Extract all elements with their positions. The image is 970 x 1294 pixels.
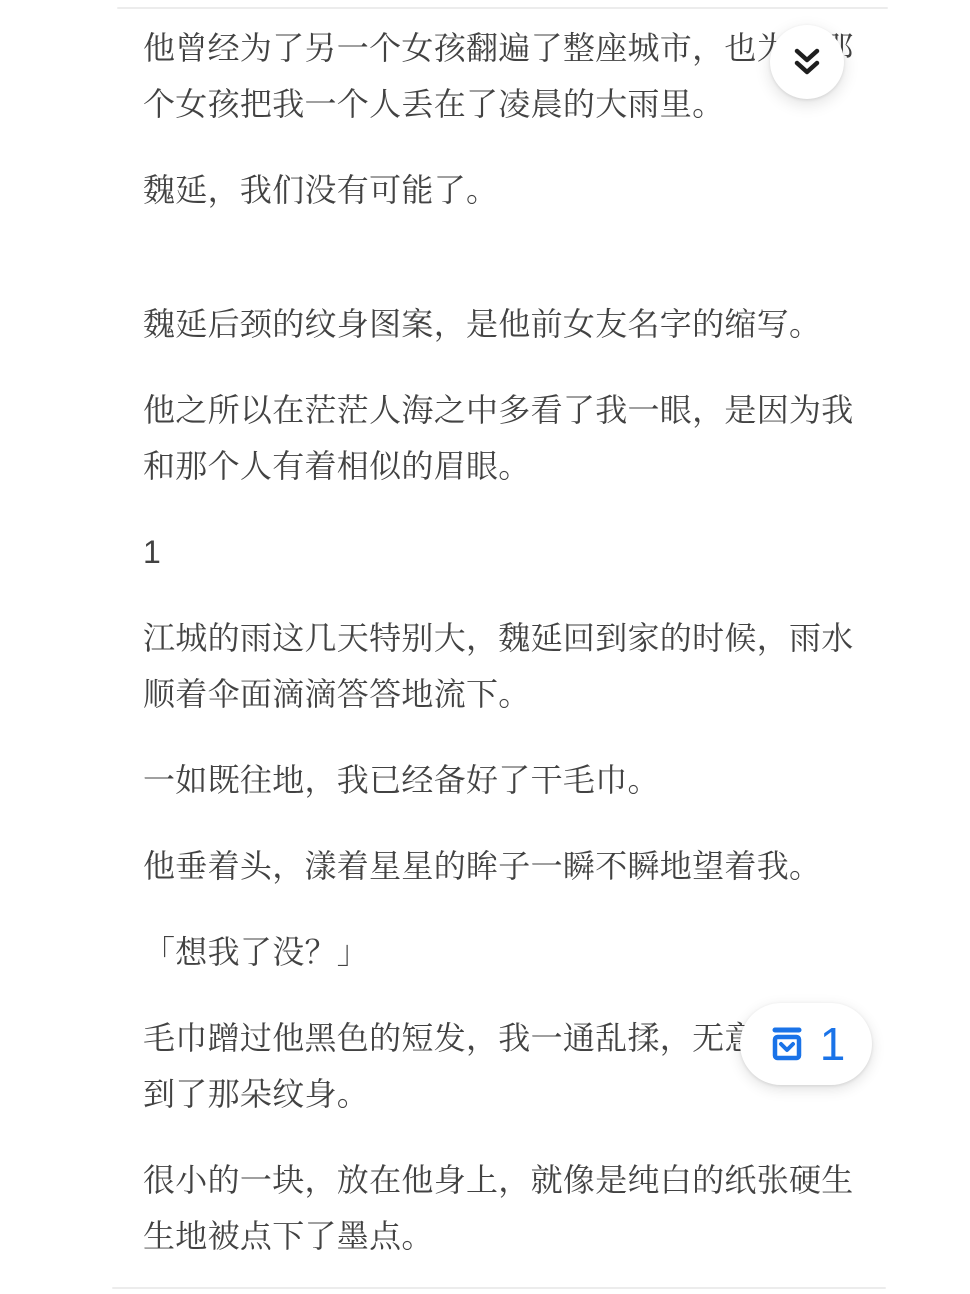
scene-break: [143, 248, 903, 296]
paragraph: 魏延后颈的纹身图案，是他前女友名字的缩写。: [143, 296, 903, 352]
paragraph: 「想我了没？」: [143, 924, 903, 980]
article: 他曾经为了另一个女孩翻遍了整座城市，也为了那个女孩把我一个人丢在了凌晨的大雨里。…: [143, 20, 903, 1294]
paragraph-line: 和那个人有着相似的眉眼。: [143, 438, 903, 494]
paragraph-line: 生地被点下了墨点。: [143, 1208, 903, 1264]
paragraph-line: 他之所以在茫茫人海之中多看了我一眼，是因为我: [143, 382, 903, 438]
paragraph: 很小的一块，放在他身上，就像是纯白的纸张硬生生地被点下了墨点。: [143, 1152, 903, 1264]
top-divider: [117, 7, 888, 9]
paragraph-line: 「想我了没？」: [143, 924, 903, 980]
paragraph: 魏延，我们没有可能了。: [143, 162, 903, 218]
paragraph-line: 魏延，我们没有可能了。: [143, 162, 903, 218]
paragraph: 江城的雨这几天特别大，魏延回到家的时候，雨水顺着伞面滴滴答答地流下。: [143, 610, 903, 722]
paragraph: 他垂着头，漾着星星的眸子一瞬不瞬地望着我。: [143, 838, 903, 894]
collapse-button[interactable]: [770, 25, 844, 99]
paragraph-line: 顺着伞面滴滴答答地流下。: [143, 666, 903, 722]
paragraph: 一如既往地，我已经备好了干毛巾。: [143, 752, 903, 808]
paragraph-line: 很小的一块，放在他身上，就像是纯白的纸张硬生: [143, 1152, 903, 1208]
paragraph: 1: [143, 524, 903, 580]
reading-list-pill[interactable]: 1: [740, 1003, 872, 1085]
paragraph-line: 他垂着头，漾着星星的眸子一瞬不瞬地望着我。: [143, 838, 903, 894]
reading-list-count: 1: [820, 1021, 846, 1067]
paragraph: 他之所以在茫茫人海之中多看了我一眼，是因为我和那个人有着相似的眉眼。: [143, 382, 903, 494]
double-chevron-down-icon: [790, 44, 824, 80]
bottom-divider: [112, 1287, 886, 1289]
paragraph-line: 江城的雨这几天特别大，魏延回到家的时候，雨水: [143, 610, 903, 666]
paragraph-line: 一如既往地，我已经备好了干毛巾。: [143, 752, 903, 808]
inbox-check-icon: [767, 1024, 807, 1064]
paragraph-line: 魏延后颈的纹身图案，是他前女友名字的缩写。: [143, 296, 903, 352]
paragraph-line: 1: [143, 524, 903, 580]
